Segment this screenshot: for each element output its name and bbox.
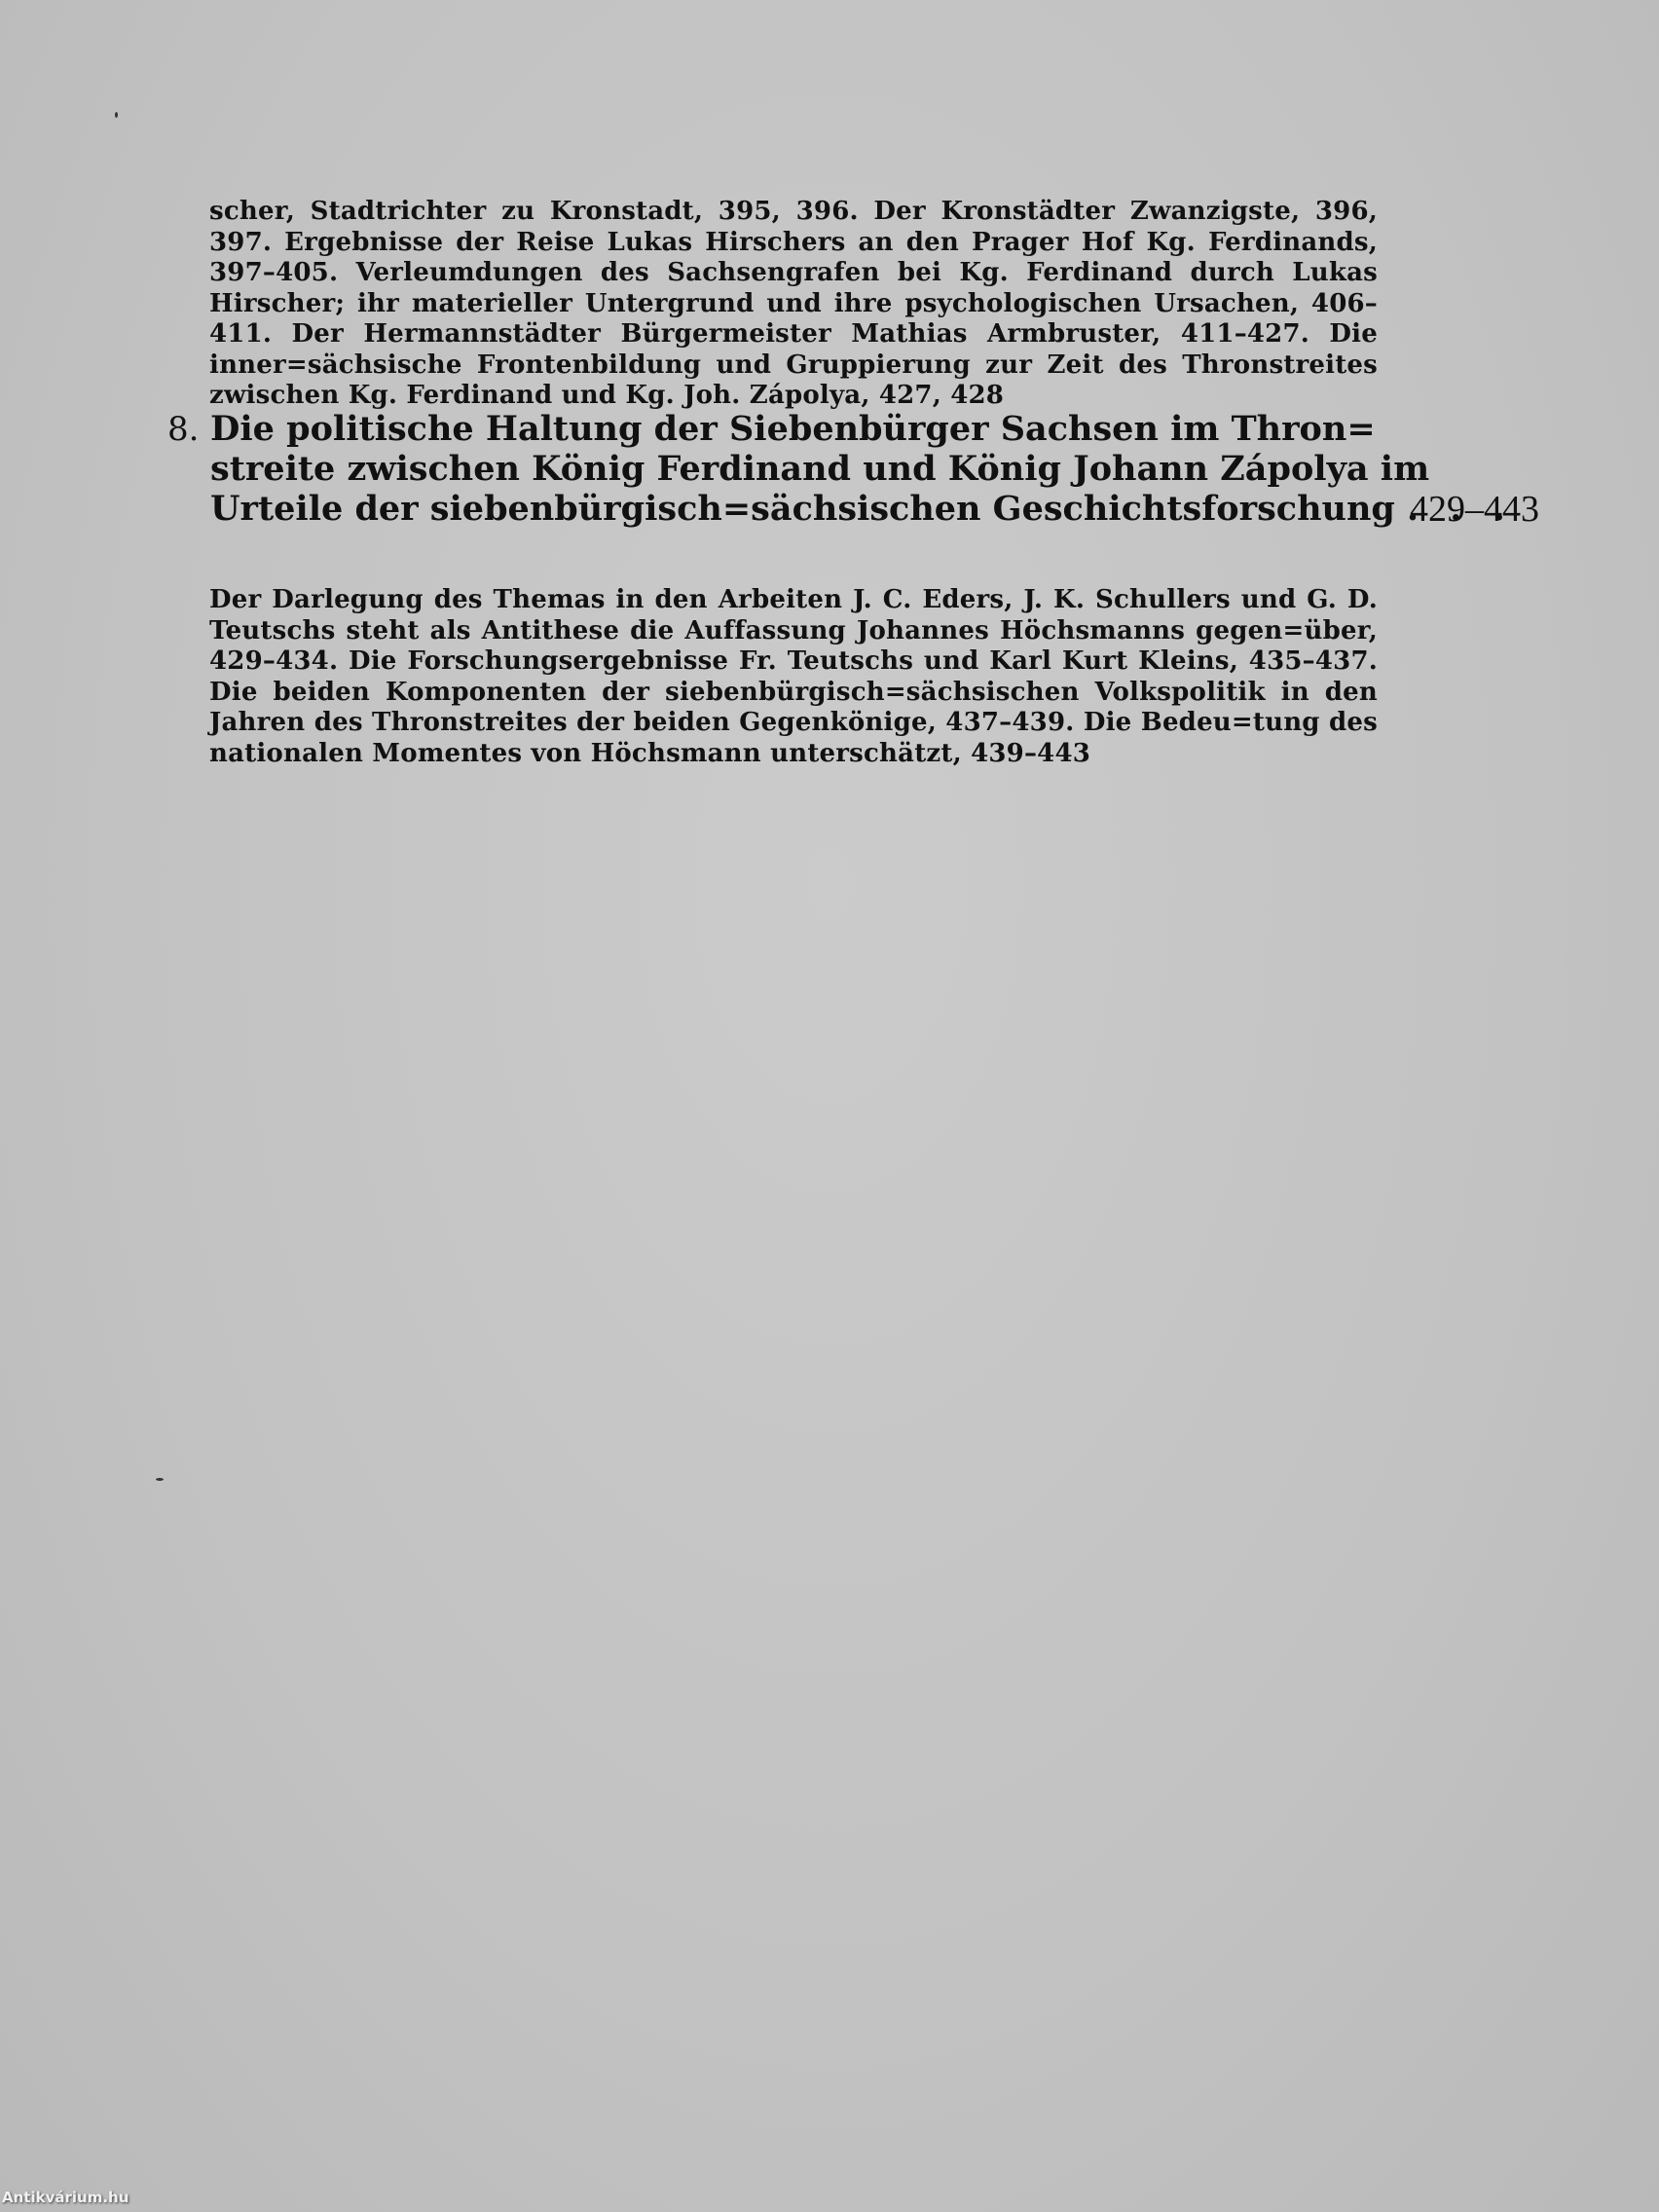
entry-title-line: Die politische Haltung der Siebenbürger …	[210, 409, 1554, 449]
paper-speck	[115, 112, 118, 118]
entry-title-line: Urteile der siebenbürgisch=sächsischen G…	[210, 489, 1554, 529]
previous-entry-summary: scher, Stadtrichter zu Kronstadt, 395, 3…	[209, 197, 1378, 412]
entry-title: Die politische Haltung der Siebenbürger …	[210, 409, 1554, 529]
entry-number: 8.	[167, 409, 199, 450]
entry-title-line: streite zwischen König Ferdinand und Kön…	[210, 449, 1554, 489]
entry-title-text: Urteile der siebenbürgisch=sächsischen G…	[210, 489, 1395, 529]
entry-summary: Der Darlegung des Themas in den Arbeiten…	[209, 585, 1378, 769]
entry-page-range: 429–443	[1410, 489, 1539, 530]
scanned-book-page: scher, Stadtrichter zu Kronstadt, 395, 3…	[0, 0, 1659, 2212]
watermark: Antikvárium.hu	[2, 2189, 129, 2206]
paper-speck	[156, 1478, 164, 1481]
